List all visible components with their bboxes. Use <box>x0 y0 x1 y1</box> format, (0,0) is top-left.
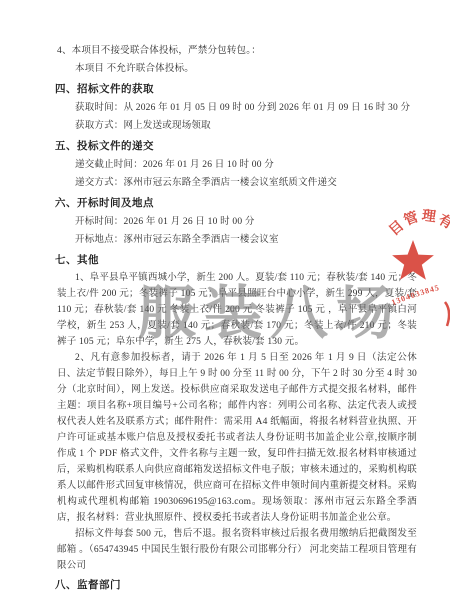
submit-method-line: 递交方式：涿州市冠云东路全季酒店一楼会议室纸质文件递交 <box>57 174 417 192</box>
obtain-method-line: 获取方式：网上发送或现场领取 <box>57 117 417 135</box>
opening-time-line: 开标时间：2026 年 01 月 26 日 10 时 00 分 <box>57 213 417 231</box>
opening-place-line: 开标地点：涿州市冠云东路全季酒店一楼会议室 <box>57 231 417 249</box>
other-item-2-registration: 2、凡有意参加投标者，请于 2026 年 1 月 5 日至 2026 年 1 月… <box>57 350 417 526</box>
clause-no-consortium-note: 本项目 不允许联合体投标。 <box>57 60 417 78</box>
obtain-time-line: 获取时间：从 2026 年 01 月 05 日 09 时 00 分到 2026 … <box>57 99 417 117</box>
scanned-tender-document-page: 4、本项目不接受联合体投标，严禁分包转包。： 本项目 不允许联合体投标。 四、招… <box>0 0 450 600</box>
heading-section-8-supervise: 八、监督部门 <box>55 577 417 594</box>
heading-section-7-other: 七、其他 <box>55 252 417 269</box>
other-item-fee-bank: 招标文件每套 500 元，售后不退。报名资料审核过后报名费用缴纳后把截图发至邮箱… <box>57 526 417 574</box>
clause-no-consortium: 4、本项目不接受联合体投标，严禁分包转包。： <box>57 42 417 60</box>
seal-digits-arc: 1304033845 <box>390 283 440 307</box>
heading-section-4-obtain: 四、招标文件的获取 <box>55 81 417 98</box>
submit-deadline-line: 递交截止时间：2026 年 01 月 26 日 10 时 00 分 <box>57 156 417 174</box>
document-body: 4、本项目不接受联合体投标，严禁分包转包。： 本项目 不允许联合体投标。 四、招… <box>57 42 417 595</box>
heading-section-5-submit: 五、投标文件的递交 <box>55 138 417 155</box>
other-item-1-schools-prices: 1、阜平县阜平镇西城小学，新生 200 人。夏装/套 110 元；春秋装/套 1… <box>57 270 417 350</box>
heading-section-6-opening: 六、开标时间及地点 <box>55 195 417 212</box>
red-company-seal-stamp: 目管理有 1304033845 <box>385 198 450 333</box>
seal-ring-fragment <box>445 302 449 326</box>
seal-arc-text: 目管理有 <box>386 208 450 240</box>
seal-star-icon <box>392 240 434 280</box>
